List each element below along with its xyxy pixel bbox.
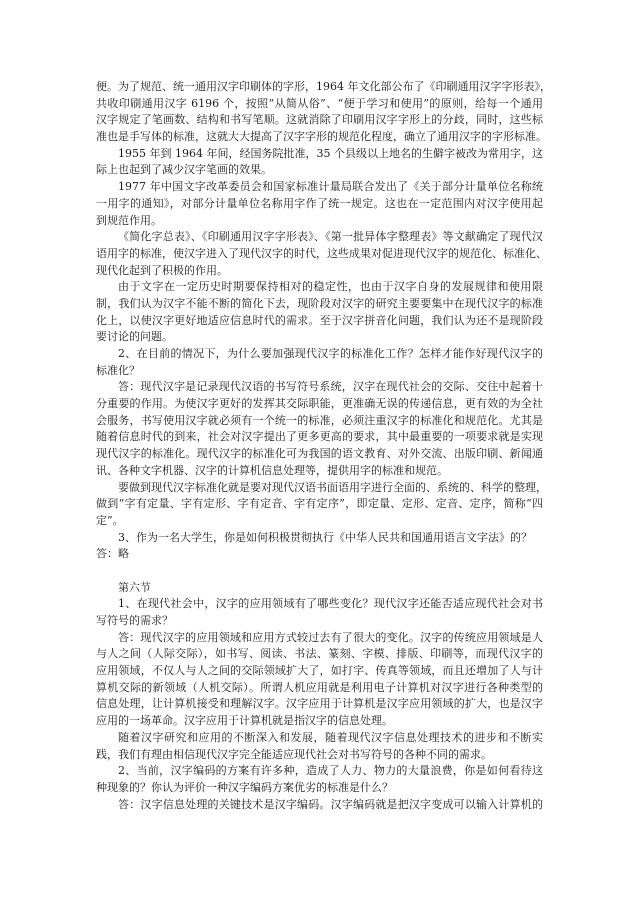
text-line: 践，我们有理由相信现代汉字完全能适应现代社会对书写符号的各种不同的需求。 — [96, 747, 543, 764]
paragraph: 便。为了规范、统一通用汉字印刷体的字形，1964 年文化部公布了《印刷通用汉字字… — [96, 79, 543, 146]
text-line: 《简化字总表》、《印刷通用汉字字形表》、《第一批异体字整理表》等文献确定了现代汉 — [96, 229, 543, 246]
paragraph: 2、在目前的情况下，为什么要加强现代汉字的标准化工作？怎样才能作好现代汉字的标准… — [96, 346, 543, 379]
text-line: 与人之间（人际交际），如书写、阅读、书法、篆刻、字模、排版、印刷等，而现代汉字的 — [96, 646, 543, 663]
text-line: 会服务，书写使用汉字就必须有一个统一的标准，必须注重汉字的标准化和规范化。尤其是 — [96, 413, 543, 430]
paragraph: 第六节 — [96, 580, 543, 597]
text-line: 语用字的标准，使汉字进入了现代汉字的时代，这些成果对促进现代汉字的规范化、标准化… — [96, 246, 543, 263]
text-line: 答：现代汉字的应用领域和应用方式较过去有了很大的变化。汉字的传统应用领域是人 — [96, 630, 543, 647]
text-line — [96, 563, 543, 580]
text-line: 写符号的需求？ — [96, 613, 543, 630]
text-line: 由于文字在一定历史时期要保持相对的稳定性，也由于汉字自身的发展规律和使用限 — [96, 279, 543, 296]
text-line: 标准化？ — [96, 363, 543, 380]
paragraph: 要做到现代汉字标准化就是要对现代汉语书面语用字进行全面的、系统的、科学的整理，做… — [96, 480, 543, 530]
text-line: 应用的一场革命。汉字应用于计算机就是指汉字的信息处理。 — [96, 713, 543, 730]
paragraph: 1、在现代社会中，汉字的应用领域有了哪些变化？现代汉字还能否适应现代社会对书写符… — [96, 596, 543, 629]
paragraph: 1977 年中国文字改革委员会和国家标准计量局联合发出了《关于部分计量单位名称统… — [96, 179, 543, 229]
paragraph: 2、当前，汉字编码的方案有许多种，造成了人力、物力的大量浪费，你是如何看待这种现… — [96, 763, 543, 796]
text-line: 共收印刷通用汉字 6196 个，按照“从简从俗”、“便于学习和使用”的原则，给每… — [96, 96, 543, 113]
text-line: 应用领域，不仅人与人之间的交际领域扩大了，如打字、传真等领域，而且还增加了人与计 — [96, 663, 543, 680]
text-line: 讯、各种文字机器、汉字的计算机信息处理等，提供用字的标准和规范。 — [96, 463, 543, 480]
text-line: 种现象的？你认为评价一种汉字编码方案优劣的标准是什么？ — [96, 780, 543, 797]
text-line: 现代汉字的标准化。现代汉字的标准化可为我国的语文教育、对外交流、出版印刷、新闻通 — [96, 446, 543, 463]
text-line: 现代化起到了积极的作用。 — [96, 263, 543, 280]
text-line: 准也是手写体的标准，这就大大提高了汉字字形的规范化程度，确立了通用汉字的字形标准… — [96, 129, 543, 146]
text-line: 答：现代汉字是记录现代汉语的书写符号系统，汉字在现代社会的交际、交往中起着十 — [96, 379, 543, 396]
paragraph: 3、作为一名大学生，你是如何积极贯彻执行《中华人民共和国通用语言文字法》的？ — [96, 530, 543, 547]
text-line: 2、当前，汉字编码的方案有许多种，造成了人力、物力的大量浪费，你是如何看待这 — [96, 763, 543, 780]
text-line: 3、作为一名大学生，你是如何积极贯彻执行《中华人民共和国通用语言文字法》的？ — [96, 530, 543, 547]
text-line: 信息处理，让计算机接受和理解汉字。汉字应用于计算机是汉字应用领域的扩大，也是汉字 — [96, 696, 543, 713]
paragraph: 由于文字在一定历史时期要保持相对的稳定性，也由于汉字自身的发展规律和使用限制，我… — [96, 279, 543, 346]
paragraph: 随着汉字研究和应用的不断深入和发展，随着现代汉字信息处理技术的进步和不断实践，我… — [96, 730, 543, 763]
document-page: 便。为了规范、统一通用汉字印刷体的字形，1964 年文化部公布了《印刷通用汉字字… — [96, 79, 543, 813]
text-line: 分重要的作用。为使汉字更好的发挥其交际职能，更准确无误的传递信息，更有效的为全社 — [96, 396, 543, 413]
text-line: 2、在目前的情况下，为什么要加强现代汉字的标准化工作？怎样才能作好现代汉字的 — [96, 346, 543, 363]
text-line: 化上，以使汉字更好地适应信息时代的需求。至于汉字拼音化问题，我们认为还不是现阶段 — [96, 313, 543, 330]
blank-line — [96, 563, 543, 580]
paragraph: 答：现代汉字是记录现代汉语的书写符号系统，汉字在现代社会的交际、交往中起着十分重… — [96, 379, 543, 479]
text-line: 随着汉字研究和应用的不断深入和发展，随着现代汉字信息处理技术的进步和不断实 — [96, 730, 543, 747]
text-line: 定”。 — [96, 513, 543, 530]
text-line: 答：略 — [96, 546, 543, 563]
text-line: 要做到现代汉字标准化就是要对现代汉语书面语用字进行全面的、系统的、科学的整理， — [96, 480, 543, 497]
text-line: 做到“字有定量、字有定形、字有定音、字有定序”，即定量、定形、定音、定序，简称“… — [96, 496, 543, 513]
paragraph: 1955 年到 1964 年间，经国务院批准，35 个县级以上地名的生僻字被改为… — [96, 146, 543, 179]
paragraph: 答：现代汉字的应用领域和应用方式较过去有了很大的变化。汉字的传统应用领域是人与人… — [96, 630, 543, 730]
text-line: 到规范作用。 — [96, 213, 543, 230]
text-line: 便。为了规范、统一通用汉字印刷体的字形，1964 年文化部公布了《印刷通用汉字字… — [96, 79, 543, 96]
text-line: 1955 年到 1964 年间，经国务院批准，35 个县级以上地名的生僻字被改为… — [96, 146, 543, 163]
paragraph: 《简化字总表》、《印刷通用汉字字形表》、《第一批异体字整理表》等文献确定了现代汉… — [96, 229, 543, 279]
text-line: 际上也起到了减少汉字笔画的效果。 — [96, 162, 543, 179]
text-line: 一用字的通知》，对部分计量单位名称用字作了统一规定。这也在一定范围内对汉字使用起 — [96, 196, 543, 213]
paragraph: 答：略 — [96, 546, 543, 563]
text-line: 要讨论的问题。 — [96, 329, 543, 346]
paragraph: 答：汉字信息处理的关键技术是汉字编码。汉字编码就是把汉字变成可以输入计算机的 — [96, 797, 543, 814]
text-line: 1977 年中国文字改革委员会和国家标准计量局联合发出了《关于部分计量单位名称统 — [96, 179, 543, 196]
text-line: 汉字规定了笔画数、结构和书写笔顺。这就消除了印刷用汉字字形上的分歧，同时，这些标 — [96, 112, 543, 129]
text-line: 答：汉字信息处理的关键技术是汉字编码。汉字编码就是把汉字变成可以输入计算机的 — [96, 797, 543, 814]
text-line: 制，我们认为汉字不能不断的简化下去，现阶段对汉字的研究主要要集中在现代汉字的标准 — [96, 296, 543, 313]
text-line: 随着信息时代的到来，社会对汉字提出了更多更高的要求，其中最重要的一项要求就是实现 — [96, 429, 543, 446]
text-line: 算机交际的新领域（人机交际）。所谓人机应用就是利用电子计算机对汉字进行各种类型的 — [96, 680, 543, 697]
text-line: 1、在现代社会中，汉字的应用领域有了哪些变化？现代汉字还能否适应现代社会对书 — [96, 596, 543, 613]
section-heading: 第六节 — [96, 580, 543, 597]
